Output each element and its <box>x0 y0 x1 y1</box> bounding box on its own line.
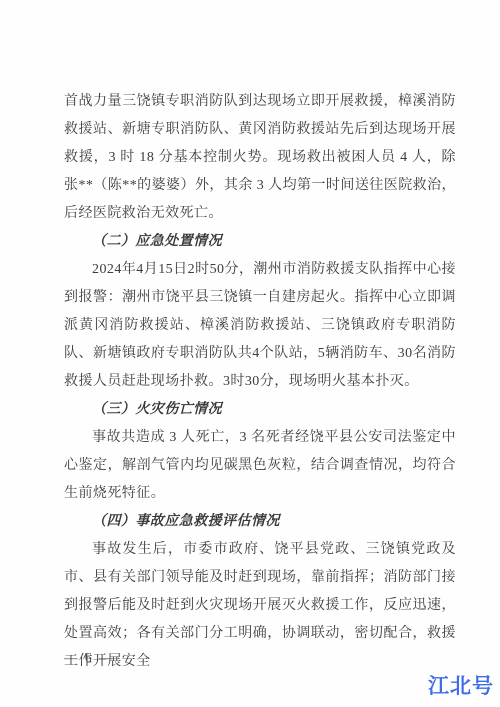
section-heading-3: （三）火灾伤亡情况 <box>64 396 456 424</box>
document-page: 首战力量三饶镇专职消防队到达现场立即开展救援，樟溪消防救援站、新塘专职消防队、黄… <box>0 0 500 707</box>
section-heading-2: （二）应急处置情况 <box>64 228 456 256</box>
body-paragraph-emergency-response: 2024年4月15日2时50分，潮州市消防救援支队指挥中心接到报警：潮州市饶平县… <box>64 256 456 396</box>
body-paragraph-continuation: 首战力量三饶镇专职消防队到达现场立即开展救援，樟溪消防救援站、新塘专职消防队、黄… <box>64 88 456 228</box>
watermark-logo: 江北号 <box>428 674 494 700</box>
body-paragraph-rescue-evaluation: 事故发生后，市委市政府、饶平县党政、三饶镇党政及市、县有关部门领导能及时赶到现场… <box>64 536 456 676</box>
page-number: — 6 — <box>64 648 115 668</box>
body-paragraph-casualties: 事故共造成 3 人死亡，3 名死者经饶平县公安司法鉴定中心鉴定，解剖气管内均见碳… <box>64 424 456 508</box>
section-heading-4: （四）事故应急救援评估情况 <box>64 508 456 536</box>
document-body: 首战力量三饶镇专职消防队到达现场立即开展救援，樟溪消防救援站、新塘专职消防队、黄… <box>64 88 456 676</box>
